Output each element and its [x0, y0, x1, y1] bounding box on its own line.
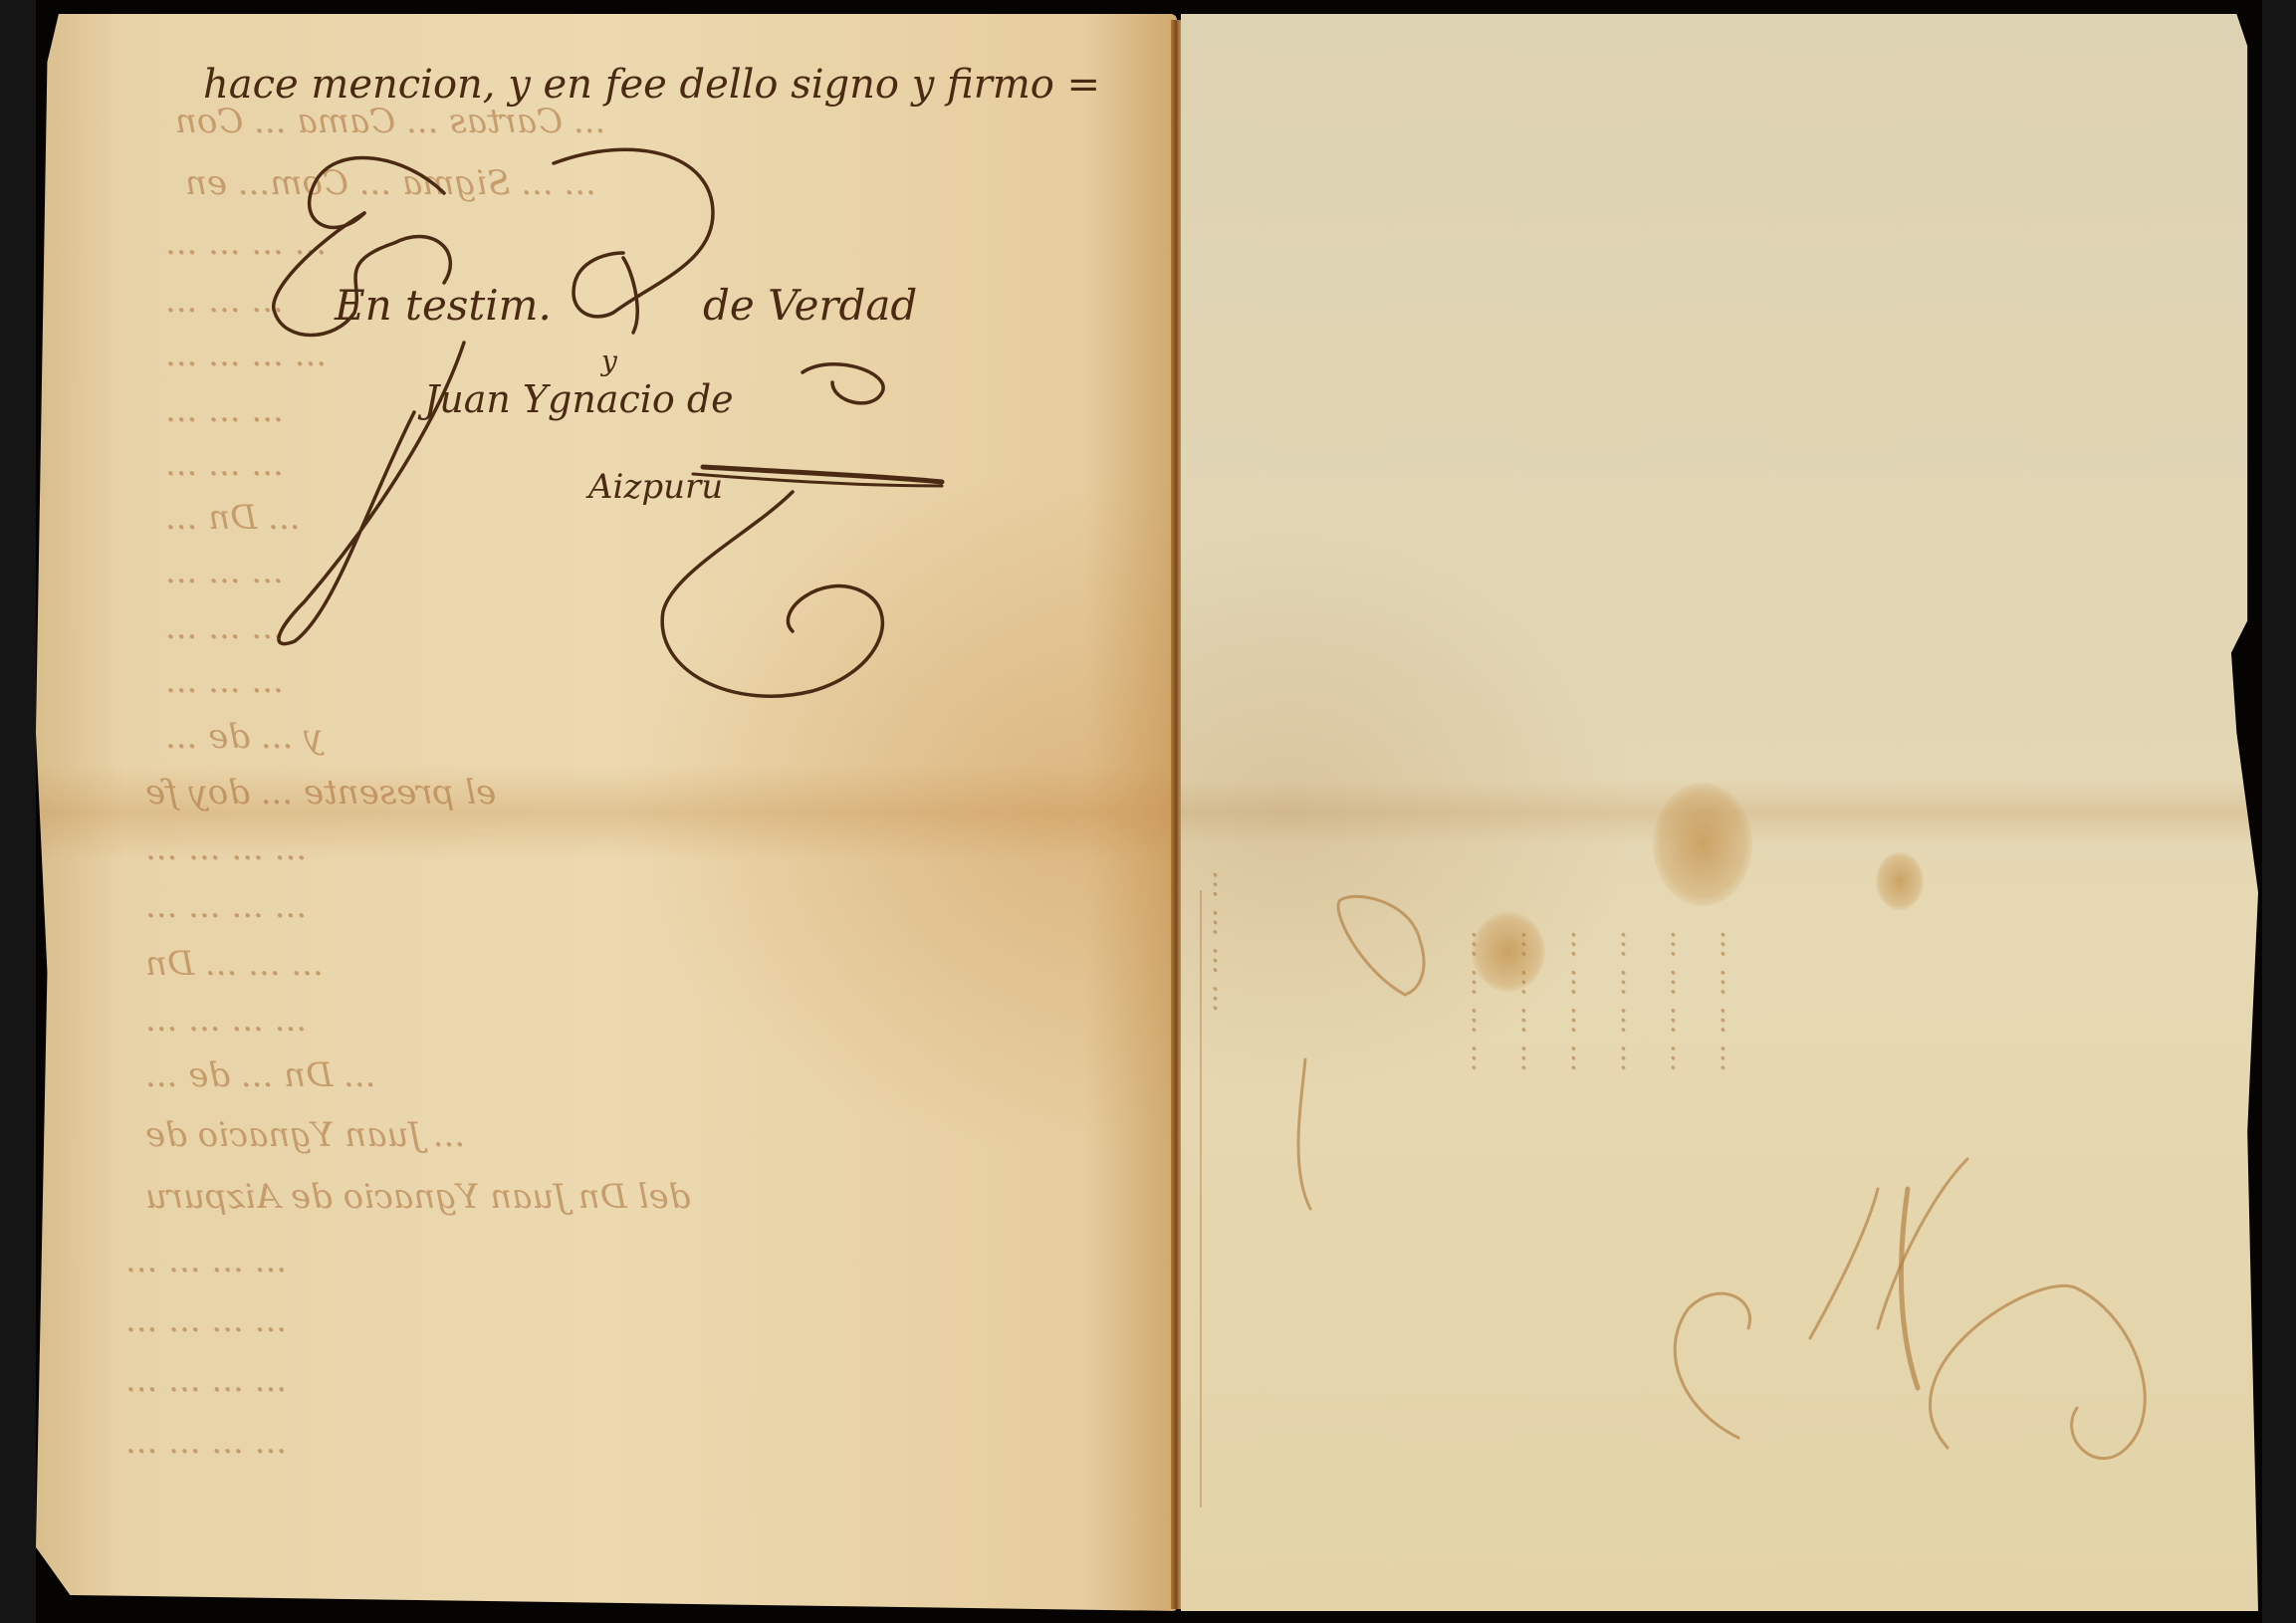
- attestation-line1: En testim.: [335, 281, 552, 330]
- attestation-conjunction: y: [601, 345, 617, 377]
- left-page: ... Cartas ... Cama ... Con ... ... Sigm…: [36, 14, 1177, 1611]
- attestation-line1-end: de Verdad: [703, 281, 917, 330]
- faded-flourish-icon: [1181, 14, 2258, 1611]
- signature-flourish-icon: [36, 14, 1177, 1611]
- right-page: ... ... ... ... ... ... ... ... ... ... …: [1181, 14, 2258, 1611]
- signatory-name-line2: Aizpuru: [588, 467, 723, 507]
- signatory-name-line1: Juan Ygnacio de: [424, 377, 734, 421]
